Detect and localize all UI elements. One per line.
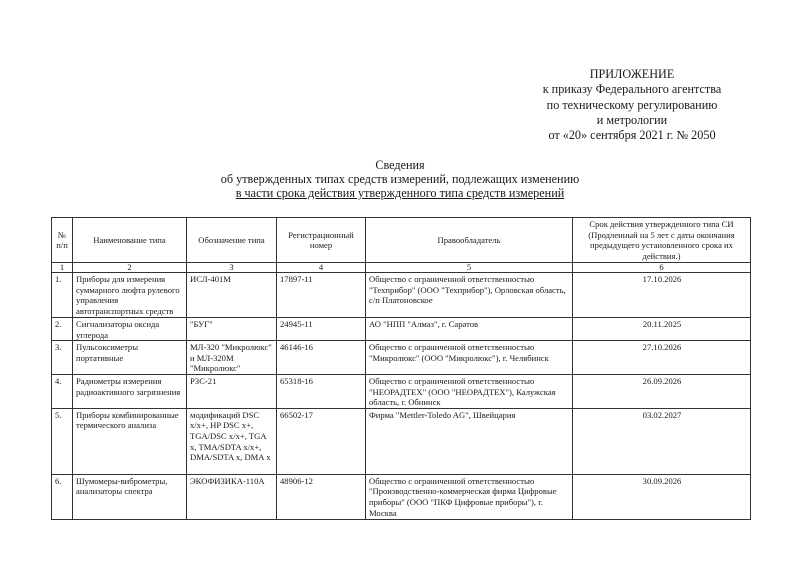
validity-date: 20.11.2025 [573, 318, 751, 341]
holder: Общество с ограниченной ответственностью… [366, 273, 573, 318]
column-number: 6 [573, 263, 751, 273]
type-designation: модификаций DSC x/x+, HP DSC x+, TGA/DSC… [187, 408, 277, 474]
table-row: 4. Радиометры измерения радиоактивного з… [52, 374, 751, 408]
column-number-row: 1 2 3 4 5 6 [52, 263, 751, 273]
validity-date: 17.10.2026 [573, 273, 751, 318]
holder: Общество с ограниченной ответственностью… [366, 341, 573, 375]
column-number: 2 [73, 263, 187, 273]
reg-number: 17897-11 [277, 273, 366, 318]
reg-number: 66502-17 [277, 408, 366, 474]
document-title: Сведения об утвержденных типах средств и… [160, 158, 640, 200]
reg-number: 48906-12 [277, 474, 366, 519]
appendix-agency-line-2: и метрологии [500, 113, 764, 128]
type-name: Шумомеры-виброметры, анализаторы спектра [73, 474, 187, 519]
table-row: 1. Приборы для измерения суммарного люфт… [52, 273, 751, 318]
column-number: 5 [366, 263, 573, 273]
row-number: 3. [52, 341, 73, 375]
type-name: Радиометры измерения радиоактивного загр… [73, 374, 187, 408]
column-number: 1 [52, 263, 73, 273]
appendix-order-date: от «20» сентября 2021 г. № 2050 [500, 128, 764, 143]
type-name: Сигнализаторы оксида углерода [73, 318, 187, 341]
holder: Общество с ограниченной ответственностью… [366, 474, 573, 519]
appendix-label: ПРИЛОЖЕНИЕ [500, 67, 764, 82]
header-reg-number: Регистрационный номер [277, 218, 366, 263]
validity-date: 26.09.2026 [573, 374, 751, 408]
type-designation: МЛ-320 "Микролюкс" и МЛ-320М "Микролюкс" [187, 341, 277, 375]
validity-date: 03.02.2027 [573, 408, 751, 474]
type-designation: РЗС-21 [187, 374, 277, 408]
table-header-row: № п/п Наименование типа Обозначение типа… [52, 218, 751, 263]
holder: АО "НПП "Алмаз", г. Саратов [366, 318, 573, 341]
title-line-2: об утвержденных типах средств измерений,… [160, 172, 640, 186]
title-line-3: в части срока действия утвержденного тип… [160, 186, 640, 200]
table-row: 3. Пульсоксиметры портативные МЛ-320 "Ми… [52, 341, 751, 375]
appendix-header: ПРИЛОЖЕНИЕ к приказу Федерального агентс… [500, 67, 764, 143]
reg-number: 65318-16 [277, 374, 366, 408]
holder: Фирма "Mettler-Toledo AG", Швейцария [366, 408, 573, 474]
table-row: 2. Сигнализаторы оксида углерода "БУГ" 2… [52, 318, 751, 341]
table-row: 6. Шумомеры-виброметры, анализаторы спек… [52, 474, 751, 519]
appendix-agency-line: по техническому регулированию [500, 98, 764, 113]
row-number: 4. [52, 374, 73, 408]
row-number: 6. [52, 474, 73, 519]
row-number: 2. [52, 318, 73, 341]
holder: Общество с ограниченной ответственностью… [366, 374, 573, 408]
row-number: 5. [52, 408, 73, 474]
header-validity: Срок действия утвержденного типа СИ (Про… [573, 218, 751, 263]
validity-date: 27.10.2026 [573, 341, 751, 375]
type-designation: ИСЛ-401М [187, 273, 277, 318]
type-designation: ЭКОФИЗИКА-110А [187, 474, 277, 519]
appendix-order-line: к приказу Федерального агентства [500, 82, 764, 97]
type-name: Пульсоксиметры портативные [73, 341, 187, 375]
reg-number: 24945-11 [277, 318, 366, 341]
measurement-types-table: № п/п Наименование типа Обозначение типа… [51, 217, 751, 520]
type-name: Приборы для измерения суммарного люфта р… [73, 273, 187, 318]
header-holder: Правообладатель [366, 218, 573, 263]
header-number: № п/п [52, 218, 73, 263]
column-number: 4 [277, 263, 366, 273]
type-designation: "БУГ" [187, 318, 277, 341]
type-name: Приборы комбинированные термического ана… [73, 408, 187, 474]
title-line-1: Сведения [160, 158, 640, 172]
table-row: 5. Приборы комбинированные термического … [52, 408, 751, 474]
column-number: 3 [187, 263, 277, 273]
reg-number: 46146-16 [277, 341, 366, 375]
row-number: 1. [52, 273, 73, 318]
header-type-designation: Обозначение типа [187, 218, 277, 263]
header-type-name: Наименование типа [73, 218, 187, 263]
validity-date: 30.09.2026 [573, 474, 751, 519]
